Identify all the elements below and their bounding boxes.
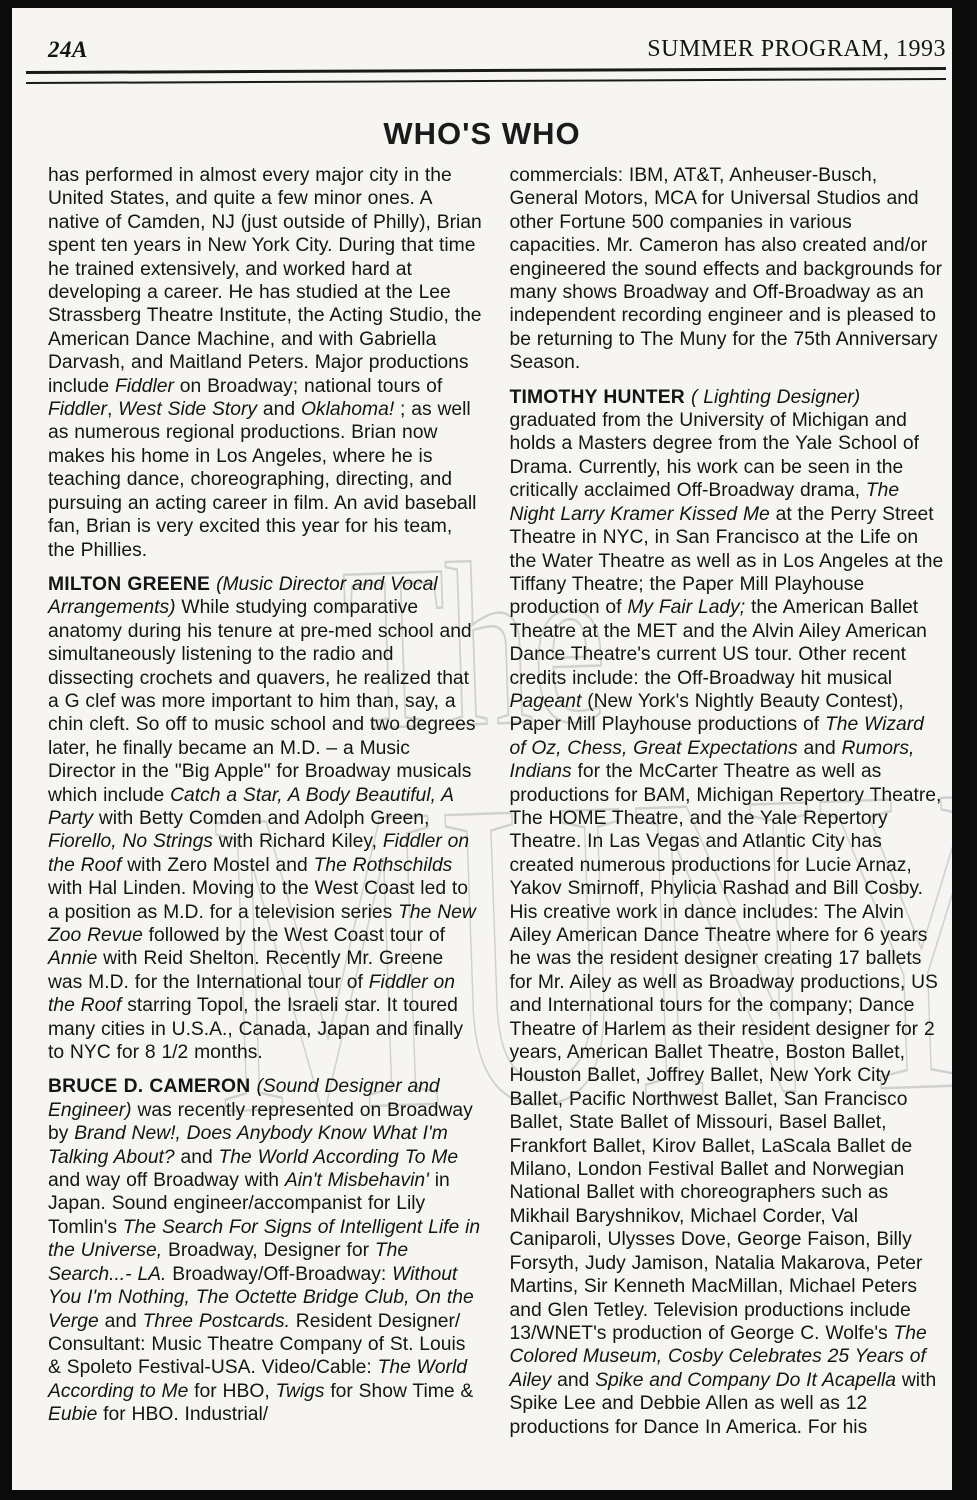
page-number: 24A — [48, 37, 88, 63]
bio-paragraph: BRUCE D. CAMERON (Sound Designer and Eng… — [48, 1075, 483, 1426]
header-divider — [26, 67, 946, 84]
column-left: has performed in almost every major city… — [48, 164, 483, 1450]
bio-paragraph: has performed in almost every major city… — [48, 164, 483, 562]
bio-paragraph: MILTON GREENE (Music Director and Vocal … — [48, 573, 483, 1065]
bio-columns: has performed in almost every major city… — [12, 152, 952, 1450]
masthead: 24A SUMMER PROGRAM, 1993 — [12, 8, 952, 63]
bio-paragraph: TIMOTHY HUNTER ( Lighting Designer) grad… — [510, 386, 945, 1439]
issue-title: SUMMER PROGRAM, 1993 — [647, 36, 946, 63]
section-title: WHO'S WHO — [12, 116, 952, 152]
column-right: commercials: IBM, AT&T, Anheuser-Busch, … — [510, 164, 945, 1450]
scanned-page: 24A SUMMER PROGRAM, 1993 WHO'S WHO The M… — [12, 8, 952, 1490]
bio-paragraph: commercials: IBM, AT&T, Anheuser-Busch, … — [510, 164, 945, 375]
